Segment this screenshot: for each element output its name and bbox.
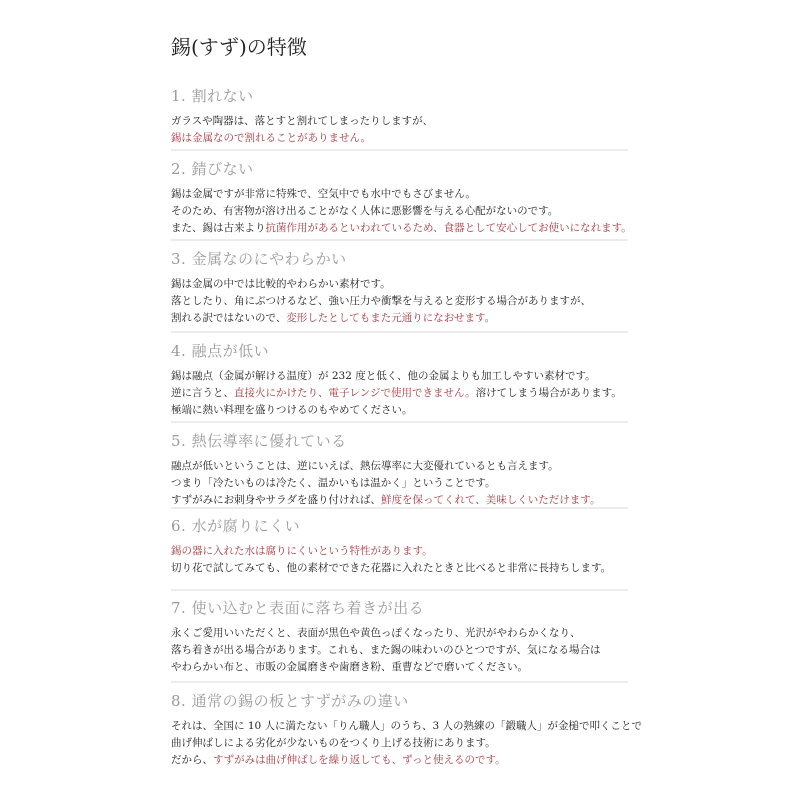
body-text: 錫は融点（金属が解ける温度）が 232 度と低く、他の金属よりも加工しやすい素材… (171, 370, 596, 382)
body-line: 曲げ伸ばしによる劣化が少ないものをつくり上げる技術にあります。 (171, 735, 629, 752)
body-line: 錫は融点（金属が解ける温度）が 232 度と低く、他の金属よりも加工しやすい素材… (171, 368, 629, 385)
body-line: ガラスや陶器は、落とすと割れてしまったりしますが、 (171, 113, 629, 130)
section-divider (171, 681, 628, 683)
body-line: 逆に言うと、直接火にかけたり、電子レンジで使用できません。溶けてしまう場合があり… (171, 385, 629, 402)
body-text: 割れる訳ではないので、 (171, 312, 286, 324)
section-divider (171, 331, 628, 333)
section-heading: 5. 熱伝導率に優れている (171, 430, 629, 452)
feature-section-5: 5. 熱伝導率に優れている融点が低いということは、逆にいえば、熱伝導率に大変優れ… (171, 430, 629, 509)
section-heading: 8. 通常の錫の板とすずがみの違い (171, 690, 629, 712)
body-text: 逆に言うと、 (171, 387, 234, 399)
body-line: 融点が低いということは、逆にいえば、熱伝導率に大変優れているとも言えます。 (171, 458, 629, 475)
feature-section-7: 7. 使い込むと表面に落ち着きが出る永くご愛用いいただくと、表面が黒色や黄色っぽ… (171, 597, 629, 676)
section-heading: 1. 割れない (171, 85, 629, 107)
body-text: また、錫は古来より (171, 222, 266, 234)
body-line: 割れる訳ではないので、変形したとしてもまた元通りになおせます。 (171, 310, 629, 327)
section-heading: 3. 金属なのにやわらかい (171, 248, 629, 270)
body-text: 切り花で試してみても、他の素材でできた花器に入れたときと比べると非常に長持ちしま… (171, 562, 611, 574)
body-line: 落としたり、角にぶつけるなど、強い圧力や衝撃を与えると変形する場合がありますが、 (171, 293, 629, 310)
highlighted-text: 錫の器に入れた水は腐りにくいという特性があります。 (171, 545, 433, 557)
body-line: 錫は金属ですが非常に特殊で、空気中でも水中でもさびません。 (171, 186, 629, 203)
body-text: 融点が低いということは、逆にいえば、熱伝導率に大変優れているとも言えます。 (171, 460, 559, 472)
body-line: そのため、有害物が溶け出ることがなく人体に悪影響を与える心配がないのです。 (171, 203, 629, 220)
body-line: 落ち着きが出る場合があります。これも、また錫の味わいのひとつですが、気になる場合… (171, 642, 629, 659)
feature-section-8: 8. 通常の錫の板とすずがみの違いそれは、全国に 10 人に満たない「りん職人」… (171, 690, 629, 769)
body-text: 溶けてしまう場合があります。 (476, 387, 622, 399)
body-line: また、錫は古来より抗菌作用があるといわれているため、食器として安心してお使いにな… (171, 220, 629, 237)
body-text: 錫は金属ですが非常に特殊で、空気中でも水中でもさびません。 (171, 188, 476, 200)
highlighted-text: 変形したとしてもまた元通りになおせます。 (286, 312, 495, 324)
section-heading: 7. 使い込むと表面に落ち着きが出る (171, 597, 629, 619)
highlighted-text: 鮮度を保ってくれて、美味しくいただけます。 (381, 494, 600, 506)
body-text: それは、全国に 10 人に満たない「りん職人」のうち、3 人の熟練の「鍛職人」が… (171, 720, 642, 732)
section-heading: 6. 水が腐りにくい (171, 515, 629, 537)
highlighted-text: 直接火にかけたり、電子レンジで使用できません。 (234, 387, 476, 399)
section-heading: 2. 錆びない (171, 158, 629, 180)
body-line: つまり「冷たいものは冷たく、温かいもは温かく」ということです。 (171, 475, 629, 492)
highlighted-text: 抗菌作用があるといわれているため、食器として安心してお使いになれます。 (266, 222, 632, 234)
body-line: それは、全国に 10 人に満たない「りん職人」のうち、3 人の熟練の「鍛職人」が… (171, 718, 629, 735)
body-text: すずがみにお刺身やサラダを盛り付ければ、 (171, 494, 381, 506)
highlighted-text: すずがみは曲げ伸ばしを繰り返しても、ずっと使えるのです。 (213, 754, 506, 766)
body-line: 切り花で試してみても、他の素材でできた花器に入れたときと比べると非常に長持ちしま… (171, 560, 629, 577)
body-text: そのため、有害物が溶け出ることがなく人体に悪影響を与える心配がないのです。 (171, 205, 558, 217)
highlighted-text: 錫は金属なので割れることがありません。 (171, 132, 371, 144)
body-text: ガラスや陶器は、落とすと割れてしまったりしますが、 (171, 115, 433, 127)
body-text: 永くご愛用いいただくと、表面が黒色や黄色っぽくなったり、光沢がやわらかくなり、 (171, 627, 581, 639)
feature-section-2: 2. 錆びない錫は金属ですが非常に特殊で、空気中でも水中でもさびません。そのため… (171, 158, 629, 237)
body-line: だから、すずがみは曲げ伸ばしを繰り返しても、ずっと使えるのです。 (171, 752, 629, 769)
feature-section-4: 4. 融点が低い錫は融点（金属が解ける温度）が 232 度と低く、他の金属よりも… (171, 340, 629, 419)
body-line: 錫の器に入れた水は腐りにくいという特性があります。 (171, 543, 629, 560)
body-text: やわらかい布と、市販の金属磨きや歯磨き粉、重曹などで磨いてください。 (171, 661, 528, 673)
section-divider (171, 149, 628, 151)
section-heading: 4. 融点が低い (171, 340, 629, 362)
section-divider (171, 239, 628, 241)
body-line: 永くご愛用いいただくと、表面が黒色や黄色っぽくなったり、光沢がやわらかくなり、 (171, 625, 629, 642)
body-text: 錫は金属の中では比較的やわらかい素材です。 (171, 278, 391, 290)
body-line: やわらかい布と、市販の金属磨きや歯磨き粉、重曹などで磨いてください。 (171, 659, 629, 676)
body-text: つまり「冷たいものは冷たく、温かいもは温かく」ということです。 (171, 477, 495, 489)
feature-section-1: 1. 割れないガラスや陶器は、落とすと割れてしまったりしますが、錫は金属なので割… (171, 85, 629, 147)
body-line: 錫は金属の中では比較的やわらかい素材です。 (171, 276, 629, 293)
feature-section-6: 6. 水が腐りにくい錫の器に入れた水は腐りにくいという特性があります。切り花で試… (171, 515, 629, 577)
page-title: 錫(すず)の特徴 (171, 33, 307, 61)
body-text: 落ち着きが出る場合があります。これも、また錫の味わいのひとつですが、気になる場合… (171, 644, 600, 656)
section-divider (171, 421, 628, 423)
body-text: 極端に熱い料理を盛りつけるのもやめてください。 (171, 404, 413, 416)
body-text: 落としたり、角にぶつけるなど、強い圧力や衝撃を与えると変形する場合がありますが、 (171, 295, 591, 307)
section-divider (171, 589, 628, 591)
body-line: 錫は金属なので割れることがありません。 (171, 130, 629, 147)
body-text: だから、 (171, 754, 213, 766)
feature-section-3: 3. 金属なのにやわらかい錫は金属の中では比較的やわらかい素材です。落としたり、… (171, 248, 629, 327)
body-text: 曲げ伸ばしによる劣化が少ないものをつくり上げる技術にあります。 (171, 737, 496, 749)
body-line: 極端に熱い料理を盛りつけるのもやめてください。 (171, 402, 629, 419)
section-divider (171, 507, 628, 509)
